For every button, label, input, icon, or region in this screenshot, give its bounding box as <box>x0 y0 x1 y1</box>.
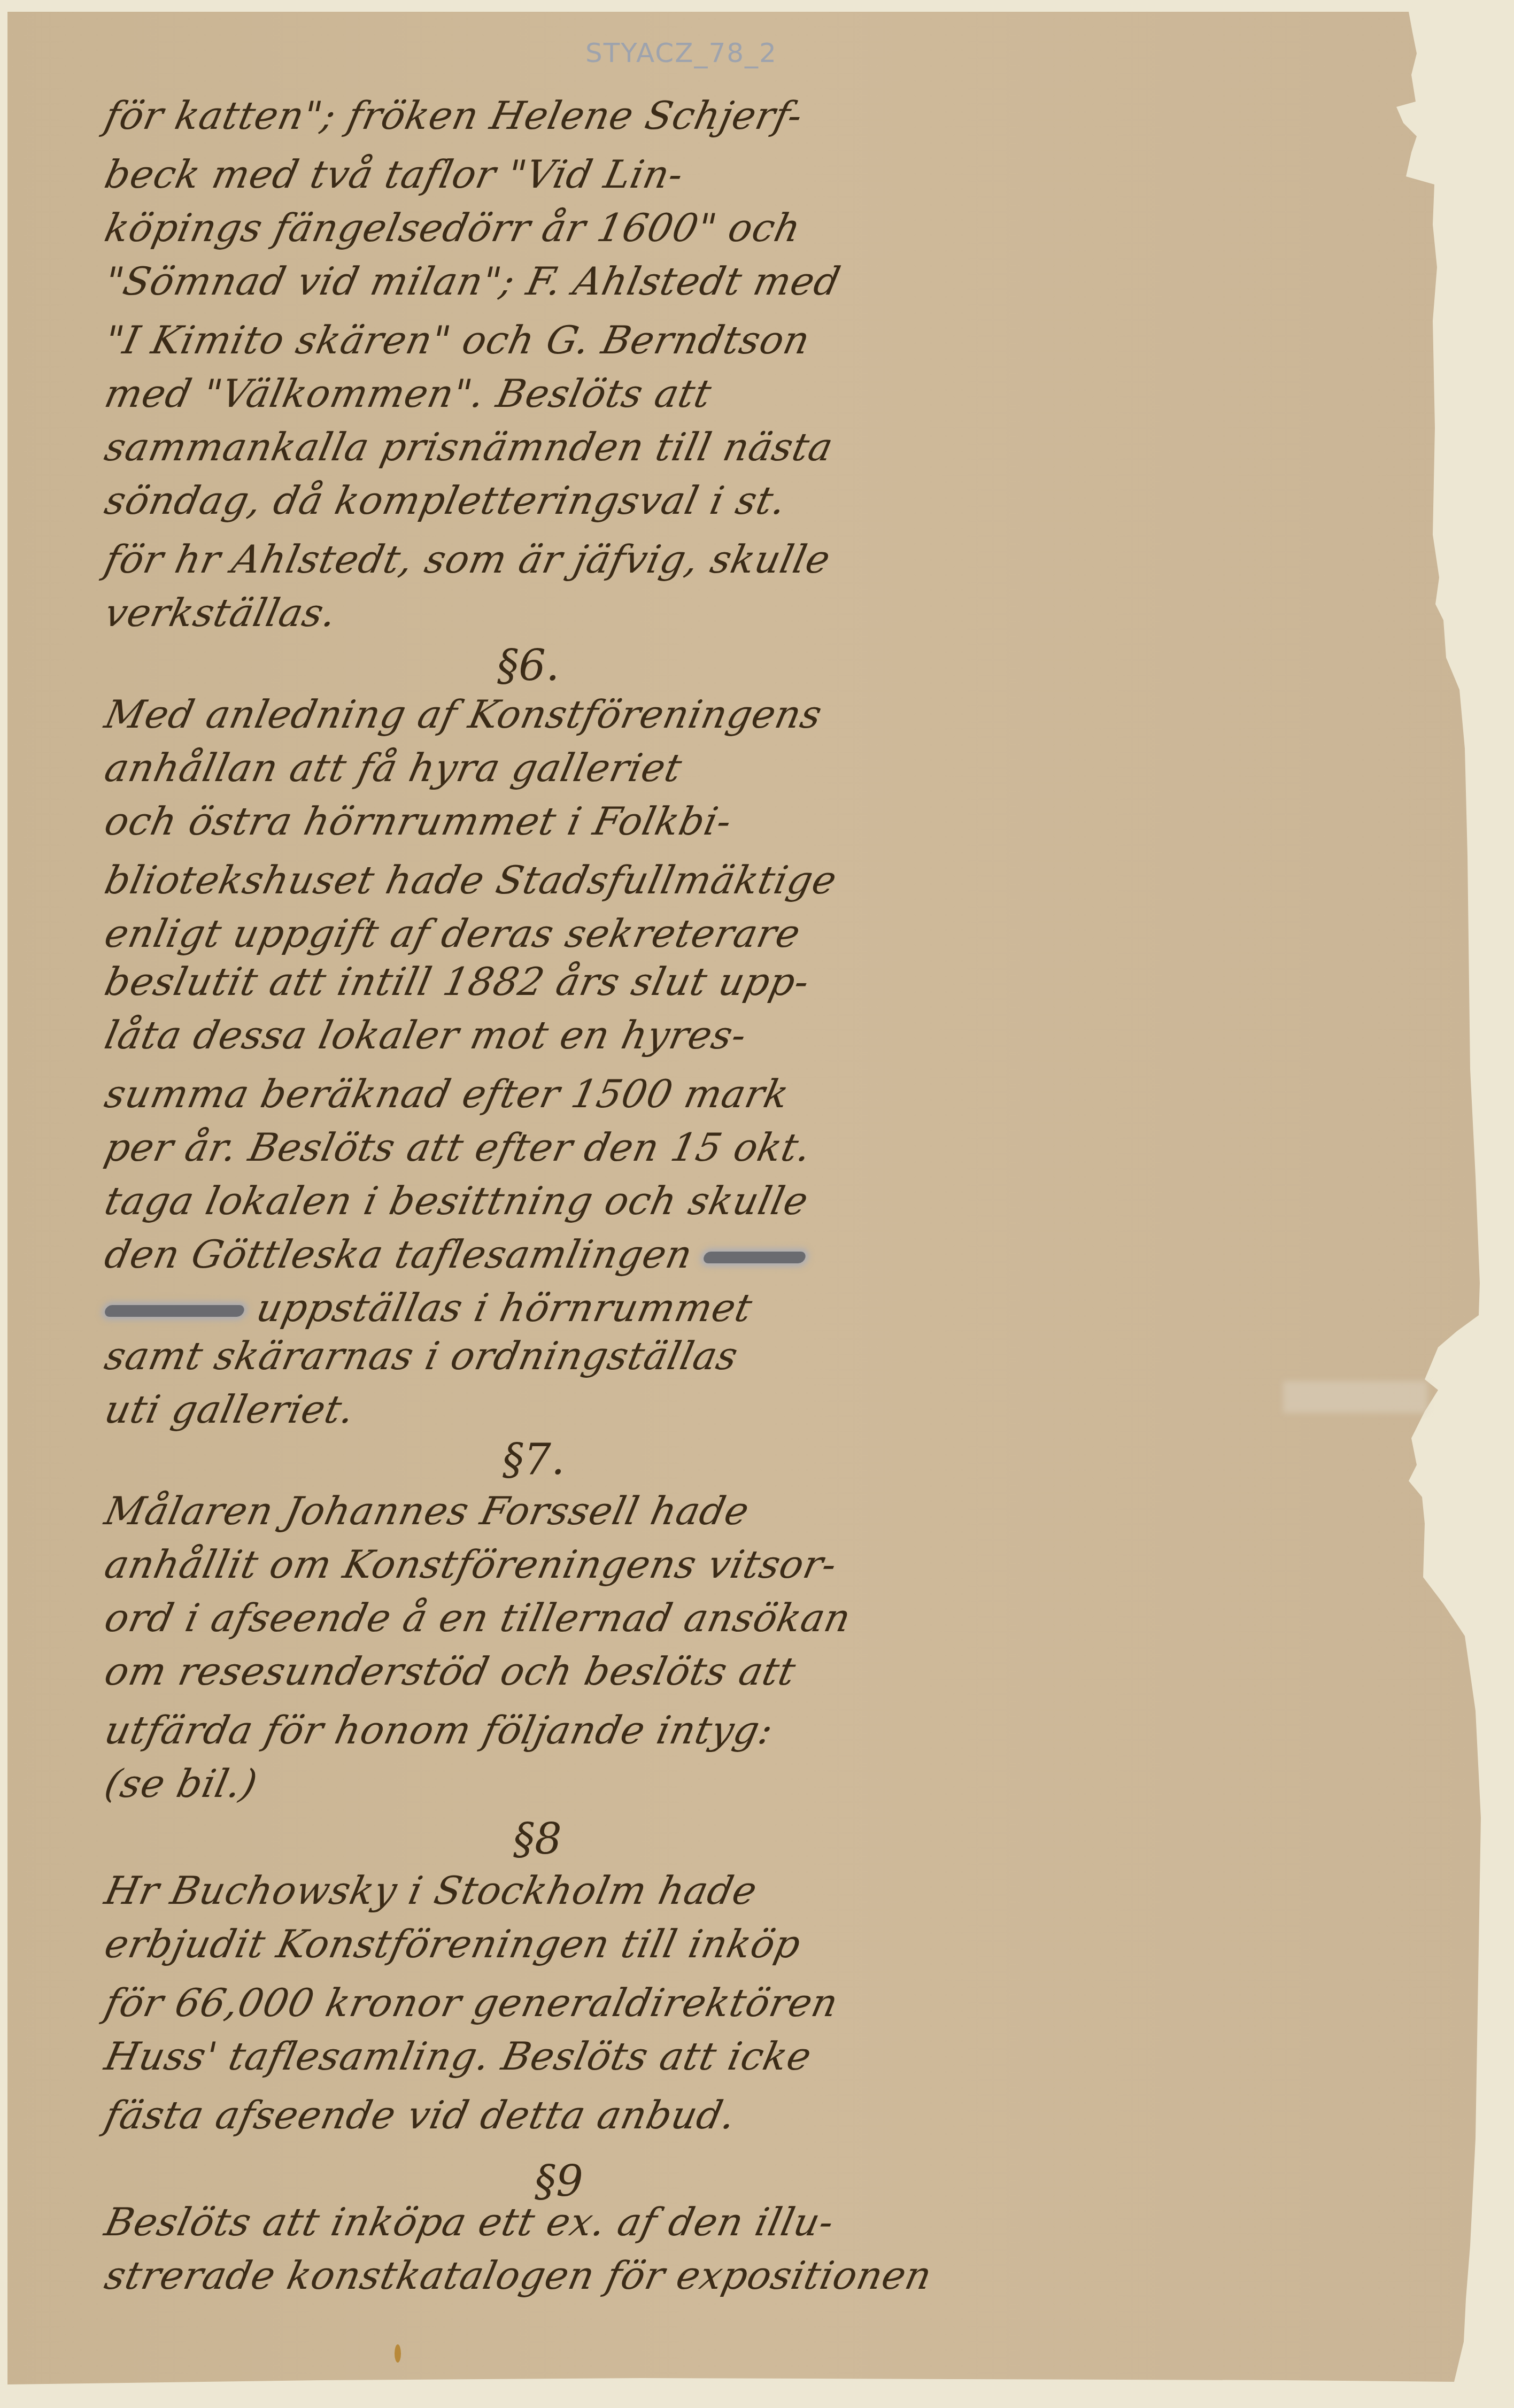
text-line: Huss' taflesamling. Beslöts att icke <box>102 2037 815 2075</box>
text-line: "I Kimito skären" och G. Berndtson <box>102 321 814 359</box>
section-heading-6: §6. <box>497 644 559 687</box>
struck-out-word <box>104 1305 245 1317</box>
water-stain <box>1283 1381 1427 1413</box>
text-line: låta dessa lokaler mot en hyres- <box>102 1016 750 1054</box>
text-line: uti galleriet. <box>102 1390 358 1429</box>
text-line: köpings fängelsedörr år 1600" och <box>102 209 805 247</box>
text-line: bliotekshuset hade Stadsfullmäktige <box>102 861 840 899</box>
text-line: summa beräknad efter 1500 mark <box>102 1075 792 1113</box>
section-heading-7: §7. <box>503 1438 565 1481</box>
text-line: för hr Ahlstedt, som är jäfvig, skulle <box>102 540 834 578</box>
text-line: med "Välkommen". Beslöts att <box>102 374 715 413</box>
ink-blot <box>395 2344 401 2363</box>
text-line: uppställas i hörnrummet <box>102 1288 756 1327</box>
text-line: sammankalla prisnämnden till nästa <box>102 428 837 466</box>
section-heading-8: §8 <box>513 1818 562 1861</box>
struck-out-word <box>702 1252 807 1263</box>
text-line: den Göttleska taflesamlingen <box>102 1235 810 1274</box>
text-line: erbjudit Konstföreningen till inköp <box>102 1925 805 1963</box>
text-line: för 66,000 kronor generaldirektören <box>102 1983 841 2022</box>
text-line: ord i afseende å en tillernad ansökan <box>102 1599 854 1637</box>
text-line: beslutit att intill 1882 års slut upp- <box>102 962 813 1001</box>
text-line: Målaren Johannes Forssell hade <box>102 1492 753 1530</box>
text-line: Med anledning af Konstföreningens <box>102 695 825 734</box>
text-line: Beslöts att inköpa ett ex. af den illu- <box>102 2203 837 2241</box>
archive-reference-number: STYACZ_78_2 <box>585 37 777 68</box>
text-line: beck med två taflor "Vid Lin- <box>102 155 687 194</box>
text-line-content: den Göttleska taflesamlingen <box>101 1232 697 1277</box>
text-line: taga lokalen i besittning och skulle <box>102 1182 812 1220</box>
text-line: söndag, då kompletteringsval i st. <box>102 481 790 520</box>
text-line: anhållan att få hyra galleriet <box>102 748 685 787</box>
section-heading-9: §9 <box>535 2160 583 2203</box>
text-line: Hr Buchowsky i Stockholm hade <box>102 1871 761 1910</box>
text-line: per år. Beslöts att efter den 15 okt. <box>102 1128 815 1167</box>
text-line: för katten"; fröken Helene Schjerf- <box>102 96 806 135</box>
text-line: om resesunderstöd och beslöts att <box>102 1652 799 1691</box>
text-line: (se bil.) <box>102 1764 261 1803</box>
text-line: enligt uppgift af deras sekreterare <box>102 914 804 953</box>
text-line: "Sömnad vid milan"; F. Ahlstedt med <box>102 262 844 300</box>
text-line: verkställas. <box>102 593 340 632</box>
text-line: samt skärarnas i ordningställas <box>102 1337 741 1375</box>
text-line: fästa afseende vid detta anbud. <box>102 2096 739 2134</box>
text-line: strerade konstkatalogen för expositionen <box>102 2256 936 2295</box>
text-line: anhållit om Konstföreningens vitsor- <box>102 1545 840 1584</box>
text-line-content: uppställas i hörnrummet <box>253 1285 756 1330</box>
text-line: utfärda för honom följande intyg: <box>102 1711 777 1749</box>
text-line: och östra hörnrummet i Folkbi- <box>102 802 735 840</box>
